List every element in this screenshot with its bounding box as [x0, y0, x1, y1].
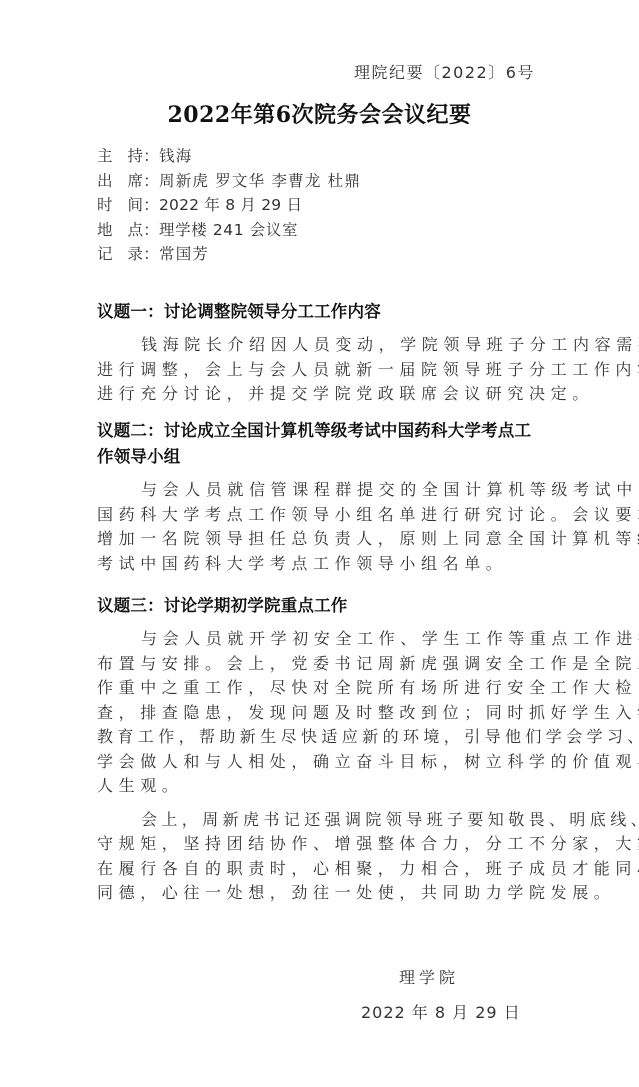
document-number: 理院纪要〔2022〕6号: [354, 61, 535, 85]
meta-value-location: 理学楼 241 会议室: [159, 218, 298, 243]
paragraph-line: 同德，心往一处想，劲往一处使，共同助力学院发展。: [97, 881, 547, 906]
agenda-item-1: 议题一：讨论调整院领导分工工作内容 钱海院长介绍因人员变动，学院领导班子分工内容…: [97, 299, 547, 407]
agenda-heading: 议题一：讨论调整院领导分工工作内容: [97, 299, 547, 325]
paragraph-line: 教育工作，帮助新生尽快适应新的环境，引导他们学会学习、: [97, 725, 547, 750]
meta-value-recorder: 常国芳: [159, 242, 209, 267]
meta-label: 记 录: [97, 242, 143, 267]
paragraph-line: 国药科大学考点工作领导小组名单进行研究讨论。会议要求: [97, 503, 547, 528]
meta-row-recorder: 记 录 ： 常国芳: [97, 242, 361, 267]
paragraph-line: 与会人员就信管课程群提交的全国计算机等级考试中: [97, 478, 547, 503]
paragraph-line: 考试中国药科大学考点工作领导小组名单。: [97, 552, 547, 577]
paragraph-line: 查，排查隐患，发现问题及时整改到位；同时抓好学生入学: [97, 701, 547, 726]
paragraph-line: 作重中之重工作，尽快对全院所有场所进行安全工作大检: [97, 676, 547, 701]
meta-value-time: 2022 年 8 月 29 日: [159, 193, 302, 218]
meta-label: 出 席: [97, 169, 143, 194]
meta-value-attendees: 周新虎 罗文华 李曹龙 杜鼎: [159, 169, 361, 194]
agenda-item-3: 议题三：讨论学期初学院重点工作 与会人员就开学初安全工作、学生工作等重点工作进行…: [97, 593, 547, 906]
meta-row-location: 地 点 ： 理学楼 241 会议室: [97, 218, 361, 243]
paragraph-line: 增加一名院领导担任总负责人，原则上同意全国计算机等级: [97, 527, 547, 552]
paragraph-line: 钱海院长介绍因人员变动，学院领导班子分工内容需要: [97, 333, 547, 358]
meta-row-attendees: 出 席 ： 周新虎 罗文华 李曹龙 杜鼎: [97, 169, 361, 194]
meta-label: 主 持: [97, 144, 143, 169]
issuing-organization: 理学院: [399, 966, 459, 990]
meta-label: 时 间: [97, 193, 143, 218]
meta-label: 地 点: [97, 218, 143, 243]
issue-date: 2022 年 8 月 29 日: [361, 1001, 521, 1025]
paragraph-line: 会上，周新虎书记还强调院领导班子要知敬畏、明底线、: [97, 808, 547, 833]
paragraph-line: 进行调整，会上与会人员就新一届院领导班子分工工作内容: [97, 358, 547, 383]
paragraph-line: 守规矩，坚持团结协作、增强整体合力，分工不分家，大家: [97, 832, 547, 857]
paragraph-line: 进行充分讨论，并提交学院党政联席会议研究决定。: [97, 382, 547, 407]
meta-value-host: 钱海: [159, 144, 192, 169]
paragraph-line: 在履行各自的职责时，心相聚，力相合，班子成员才能同心: [97, 857, 547, 882]
paragraph-line: 人生观。: [97, 774, 547, 799]
meta-row-time: 时 间 ： 2022 年 8 月 29 日: [97, 193, 361, 218]
meeting-info: 主 持 ： 钱海 出 席 ： 周新虎 罗文华 李曹龙 杜鼎 时 间 ： 2022…: [97, 144, 361, 267]
agenda-item-2: 议题二：讨论成立全国计算机等级考试中国药科大学考点工 作领导小组 与会人员就信管…: [97, 418, 547, 576]
agenda-heading: 议题二：讨论成立全国计算机等级考试中国药科大学考点工: [97, 418, 547, 444]
document-title: 2022年第6次院务会会议纪要: [0, 98, 639, 132]
agenda-heading: 作领导小组: [97, 444, 547, 470]
paragraph-line: 布置与安排。会上，党委书记周新虎强调安全工作是全院工: [97, 652, 547, 677]
paragraph-line: 学会做人和与人相处，确立奋斗目标，树立科学的价值观与: [97, 750, 547, 775]
meta-row-host: 主 持 ： 钱海: [97, 144, 361, 169]
paragraph-line: 与会人员就开学初安全工作、学生工作等重点工作进行: [97, 627, 547, 652]
agenda-heading: 议题三：讨论学期初学院重点工作: [97, 593, 547, 619]
